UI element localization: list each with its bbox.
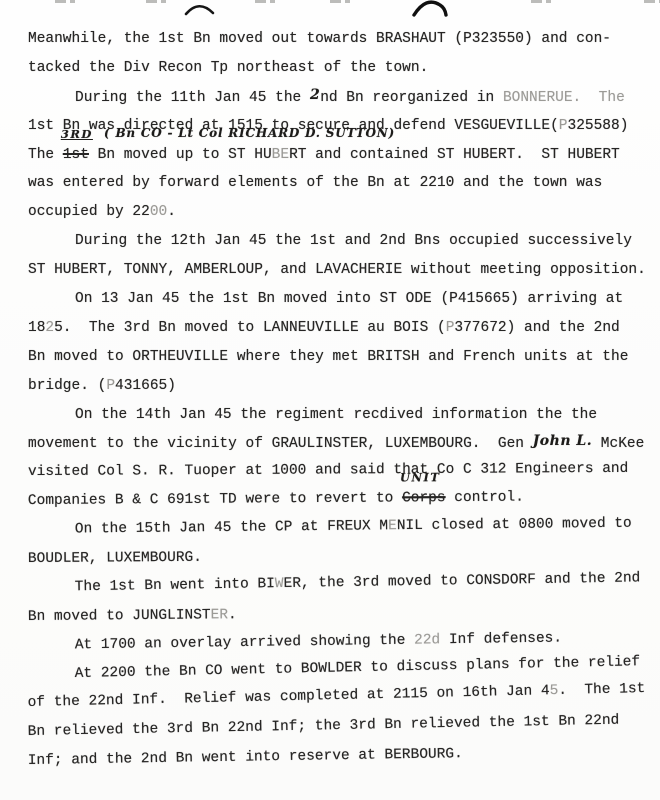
text-line: 1825. The 3rd Bn moved to LANNEUVILLE au… <box>28 314 660 343</box>
pen-hook-mark <box>412 0 452 20</box>
typed-text: 00 <box>150 204 167 220</box>
typed-text: 431665) <box>115 378 176 394</box>
handwritten-insertion: 2 <box>310 87 320 103</box>
typed-text: Companies B & C 691st TD were to revert … <box>28 491 402 510</box>
text-line: was entered by forward elements of the B… <box>28 169 660 198</box>
typed-text: ST HUBERT, TONNY, AMBERLOUP, and LAVACHE… <box>28 262 646 278</box>
bn-co-note: ( Bn CO - Lt Col RICHARD D. SUTTON) <box>104 127 395 139</box>
handwritten-correction: 1st3RD <box>63 141 89 170</box>
pen-arc-mark <box>184 2 216 17</box>
typed-text: Inf; and the 2nd Bn went into reserve at… <box>28 746 463 769</box>
typed-text: bridge. ( <box>28 378 106 394</box>
typed-text: tacked the Div Recon Tp northeast of the… <box>28 60 428 76</box>
text-line: movement to the vicinity of GRAULINSTER,… <box>28 429 660 458</box>
typed-text: E <box>388 518 397 534</box>
text-line: tacked the Div Recon Tp northeast of the… <box>28 54 660 83</box>
typed-text: On the 14th Jan 45 the regiment recdived… <box>75 407 597 423</box>
text-line: During the 12th Jan 45 the 1st and 2nd B… <box>28 227 660 256</box>
text-line: On the 15th Jan 45 the CP at FREUX MENIL… <box>28 510 660 546</box>
typed-text: 5 <box>549 683 558 699</box>
typed-text: On the 15th Jan 45 the CP at FREUX M <box>75 518 388 537</box>
typed-text: . <box>228 607 237 623</box>
typed-text: . <box>167 204 176 220</box>
typed-text: Bn relieved the 3rd Bn 22nd Inf; the 3rd… <box>28 713 620 740</box>
typed-text: Meanwhile, the 1st Bn moved out towards … <box>28 31 611 47</box>
typed-text: visited Col S. R. Tuoper at 1000 and sai… <box>28 461 628 480</box>
text-line: occupied by 2200. <box>28 198 660 227</box>
text-line: Bn moved to ORTHEUVILLE where they met B… <box>28 343 660 372</box>
typed-text: of the 22nd Inf. Relief was completed at… <box>27 684 549 712</box>
typed-text: Inf defenses. <box>440 630 562 648</box>
scanned-page: Meanwhile, the 1st Bn moved out towards … <box>0 0 660 800</box>
typed-text: W <box>275 576 284 592</box>
text-line: The 1st3RD Bn moved up to ST HUBERT and … <box>28 141 660 170</box>
handwritten-insertion: John L. <box>533 433 592 449</box>
typed-text: . The 1st <box>558 681 645 699</box>
handwritten-correction: CorpsUNIT <box>402 484 446 513</box>
typed-text: The <box>599 90 625 106</box>
report-text-body: Meanwhile, the 1st Bn moved out towards … <box>28 25 660 776</box>
typed-text: 18 <box>28 320 45 336</box>
typed-text: On 13 Jan 45 the 1st Bn moved into ST OD… <box>75 291 623 307</box>
typed-text: ER <box>211 607 229 623</box>
typed-text: Bn moved to JUNGLINST <box>28 607 211 625</box>
typed-text: The 1st Bn went into BI <box>75 576 275 595</box>
text-line: bridge. (P431665) <box>28 372 660 401</box>
text-line: ST HUBERT, TONNY, AMBERLOUP, and LAVACHE… <box>28 256 660 285</box>
typed-text: P <box>559 118 568 134</box>
typed-text: BONNERUE. <box>503 90 581 106</box>
typed-text: movement to the vicinity of GRAULINSTER,… <box>28 436 533 452</box>
text-line: On the 14th Jan 45 the regiment recdived… <box>28 401 660 430</box>
typed-text: BE <box>272 147 289 163</box>
typed-text: McKee <box>592 436 644 452</box>
typed-text: 22d <box>414 632 440 648</box>
typed-text: 325588) <box>568 118 629 134</box>
text-line: During the 11th Jan 45 the 2nd Bn reorga… <box>28 83 660 112</box>
typed-text: 5. The 3rd Bn moved to LANNEUVILLE au BO… <box>54 320 446 336</box>
typed-text: During the 12th Jan 45 the 1st and 2nd B… <box>75 233 632 249</box>
typed-text: was entered by forward elements of the B… <box>28 175 602 191</box>
typed-text <box>581 90 598 106</box>
typed-text: occupied by 22 <box>28 204 150 220</box>
typed-text: Bn moved to ORTHEUVILLE where they met B… <box>28 349 628 365</box>
typed-text: control. <box>446 490 524 507</box>
typed-text: During the 11th Jan 45 the <box>75 90 310 106</box>
typed-text: Bn moved up to ST HU <box>89 147 272 163</box>
typed-text: BOUDLER, LUXEMBOURG. <box>28 550 202 567</box>
typed-text: RT and contained ST HUBERT. ST HUBERT <box>289 147 620 163</box>
typed-text: NIL closed at 0800 moved to <box>397 516 632 534</box>
typed-text: P <box>106 378 115 394</box>
typed-text: 377672) and the 2nd <box>454 320 619 336</box>
typed-text: ER, the 3rd moved to CONSDORF and the 2n… <box>283 570 640 592</box>
typed-text: 2 <box>45 320 54 336</box>
typed-text: At 1700 an overlay arrived showing the <box>75 632 415 653</box>
typed-text: The <box>28 147 63 163</box>
typed-text: nd Bn reorganized in <box>320 90 503 106</box>
text-line: Meanwhile, the 1st Bn moved out towards … <box>28 25 660 54</box>
text-line: On 13 Jan 45 the 1st Bn moved into ST OD… <box>28 285 660 314</box>
